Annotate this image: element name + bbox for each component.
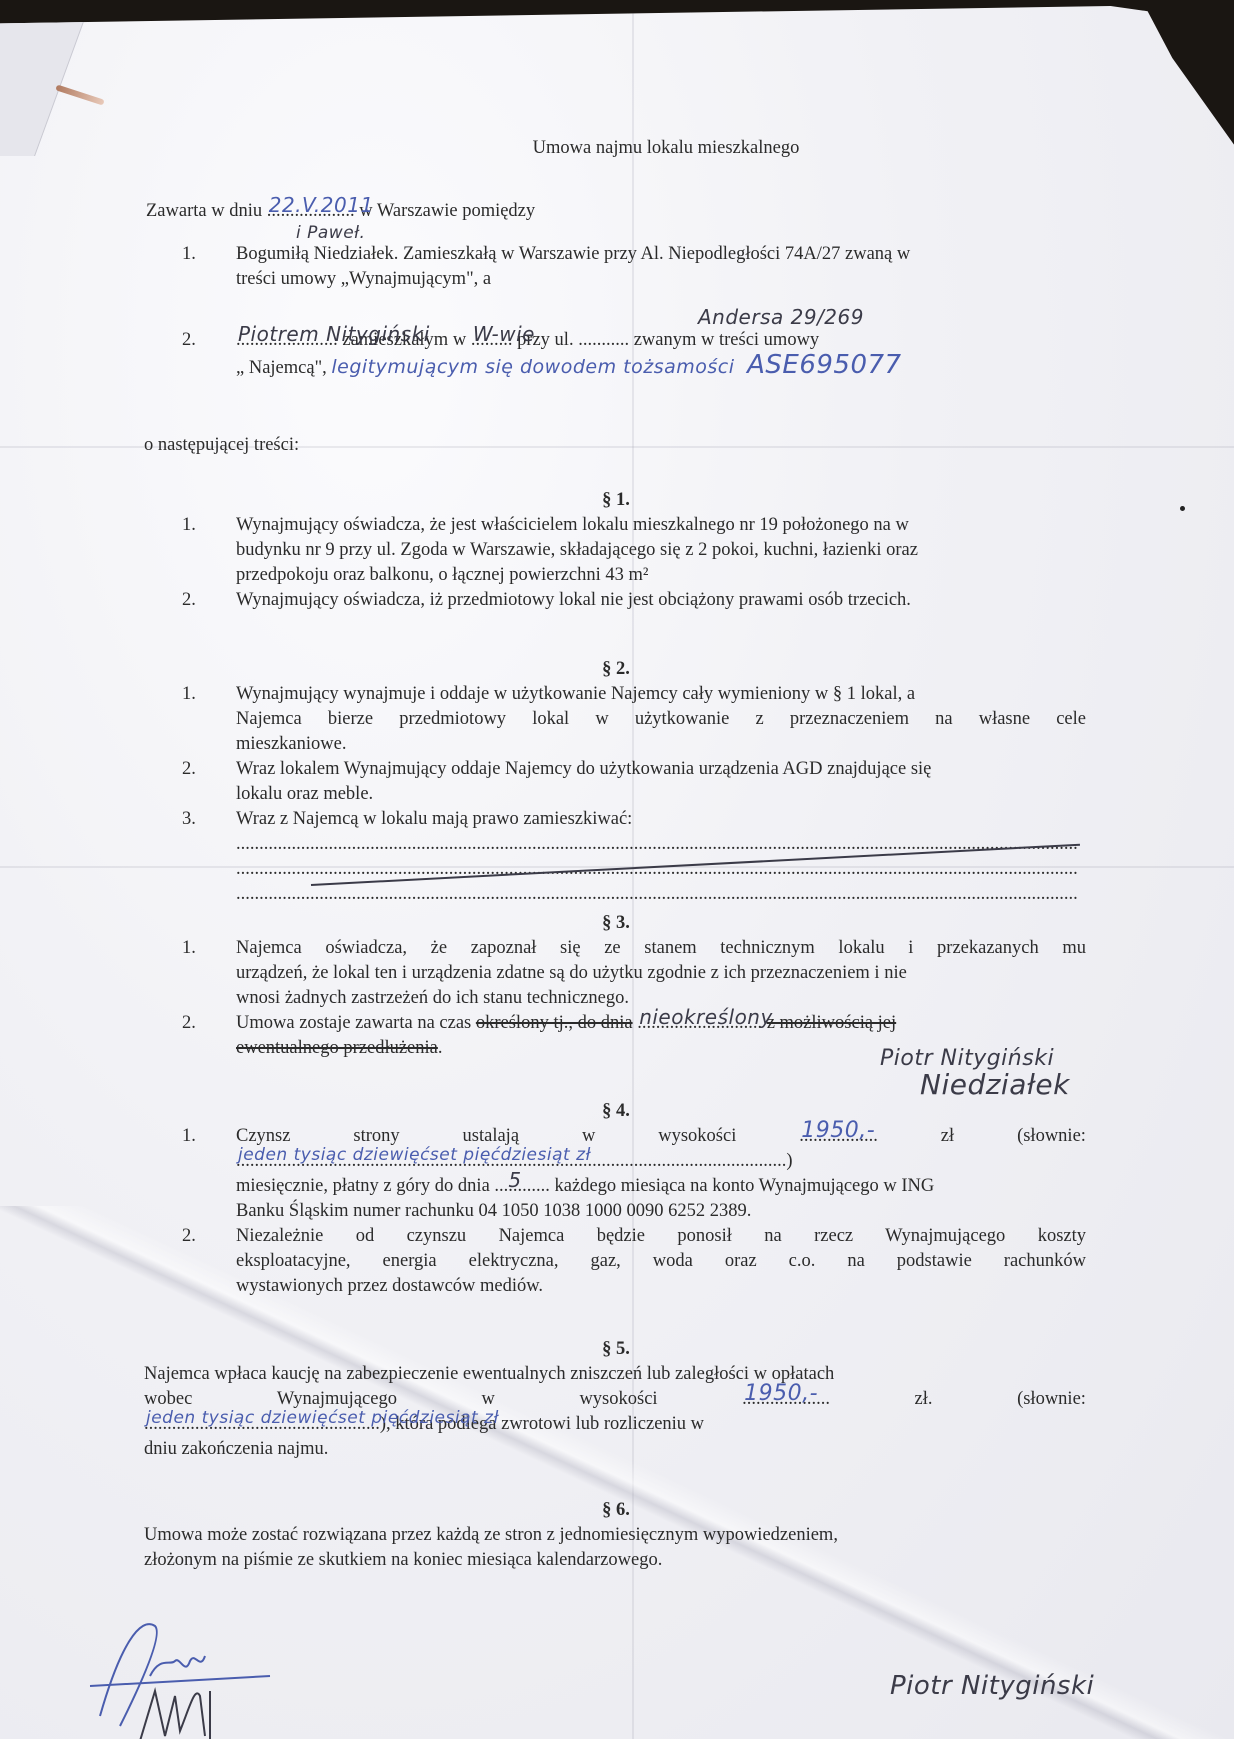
ink-speck [1180, 506, 1185, 511]
date-handwritten: 22.V.2011 [269, 193, 374, 218]
section-1-item-1: 1. Wynajmujący oświadcza, że jest właści… [182, 513, 1086, 588]
section-1-heading: § 1. [146, 488, 1086, 513]
tenant-city-field: ......... W-wie [471, 328, 513, 353]
rent-amount-field: ................. 1950,- [799, 1124, 878, 1149]
section-2-heading: § 2. [146, 657, 1086, 682]
landlord-signature: Niedziałek [80, 1606, 340, 1739]
section-4-heading: § 4. [146, 1099, 1086, 1124]
tenant-signature: Piotr Nitygiński [890, 1671, 1094, 1701]
section-4-item-2: 2. Niezależnie od czynszu Najemca będzie… [182, 1224, 1086, 1299]
party-landlord: 1. Bogumiłą Niedziałek. Zamieszkałą w Wa… [182, 242, 1086, 292]
section-6-body: Umowa może zostać rozwiązana przez każdą… [144, 1523, 1086, 1573]
struck-text: określony tj., do dnia [476, 1013, 633, 1033]
staple-mark [55, 84, 104, 105]
rent-amount-handwritten: 1950,- [801, 1118, 875, 1143]
section-5-body: Najemca wpłaca kaucję na zabezpieczenie … [144, 1362, 1086, 1462]
intro-annotation: i Paweł. [296, 224, 1086, 242]
bank-account: Banku Śląskim numer rachunku 04 1050 103… [236, 1199, 1086, 1224]
tenant-name-handwritten: Piotrem Nitygiński [238, 322, 430, 347]
section-3-item-1: 1. Najemca oświadcza, że zapoznał się ze… [182, 936, 1086, 1011]
section-6-heading: § 6. [146, 1498, 1086, 1523]
intro-line: Zawarta w dniu ................... 22.V.… [146, 199, 1086, 224]
margin-initials: Piotr Nitygiński Niedziałek [880, 1046, 1070, 1098]
id-handwritten: legitymującym się dowodem tożsamości [331, 356, 734, 378]
id-number-handwritten: ASE695077 [747, 350, 901, 380]
cohabitants-blank-lines: ........................................… [146, 832, 1086, 907]
deposit-amount-handwritten: 1950,- [744, 1381, 818, 1406]
payment-day-field: ............ 5 [494, 1174, 550, 1199]
street-handwritten: Andersa 29/269 [698, 306, 1086, 328]
section-3-heading: § 3. [146, 911, 1086, 936]
document-title: Umowa najmu lokalu mieszkalnego [146, 136, 1086, 161]
scanned-paper: Umowa najmu lokalu mieszkalnego Zawarta … [0, 6, 1234, 1739]
section-2-item-2: 2. Wraz lokalem Wynajmujący oddaje Najem… [182, 757, 1086, 807]
struck-text: z możliwością jej [767, 1013, 896, 1033]
signature-scribble-icon [80, 1606, 340, 1739]
date-field: ................... 22.V.2011 [267, 199, 355, 224]
tenant-name-field: ...................... Piotrem Nitygińsk… [236, 328, 338, 353]
section-4-item-1: 1. Czynsz strony ustalają w wysokości ..… [182, 1124, 1086, 1224]
following-text: o następującej treści: [144, 433, 1086, 458]
intro-suffix: w Warszawie pomiędzy [359, 201, 535, 221]
section-2-item-1: 1. Wynajmujący wynajmuje i oddaje w użyt… [182, 682, 1086, 757]
struck-text: ewentualnego przedłużenia [236, 1038, 438, 1058]
contract-body: Umowa najmu lokalu mieszkalnego Zawarta … [146, 136, 1086, 1573]
section-1-item-2: 2. Wynajmujący oświadcza, iż przedmiotow… [182, 588, 1086, 613]
term-field: ........................... nieokreślony [637, 1011, 762, 1036]
section-2-item-3: 3. Wraz z Najemcą w lokalu mają prawo za… [182, 807, 1086, 832]
deposit-amount-field: ................... 1950,- [742, 1387, 830, 1412]
street-dots: ........... [578, 330, 629, 350]
deposit-words-field: ........................................… [144, 1412, 380, 1437]
folded-corner [0, 16, 86, 156]
party-tenant: Andersa 29/269 2. ......................… [182, 306, 1086, 381]
intro-prefix: Zawarta w dniu [146, 201, 262, 221]
section-5-heading: § 5. [146, 1337, 1086, 1362]
